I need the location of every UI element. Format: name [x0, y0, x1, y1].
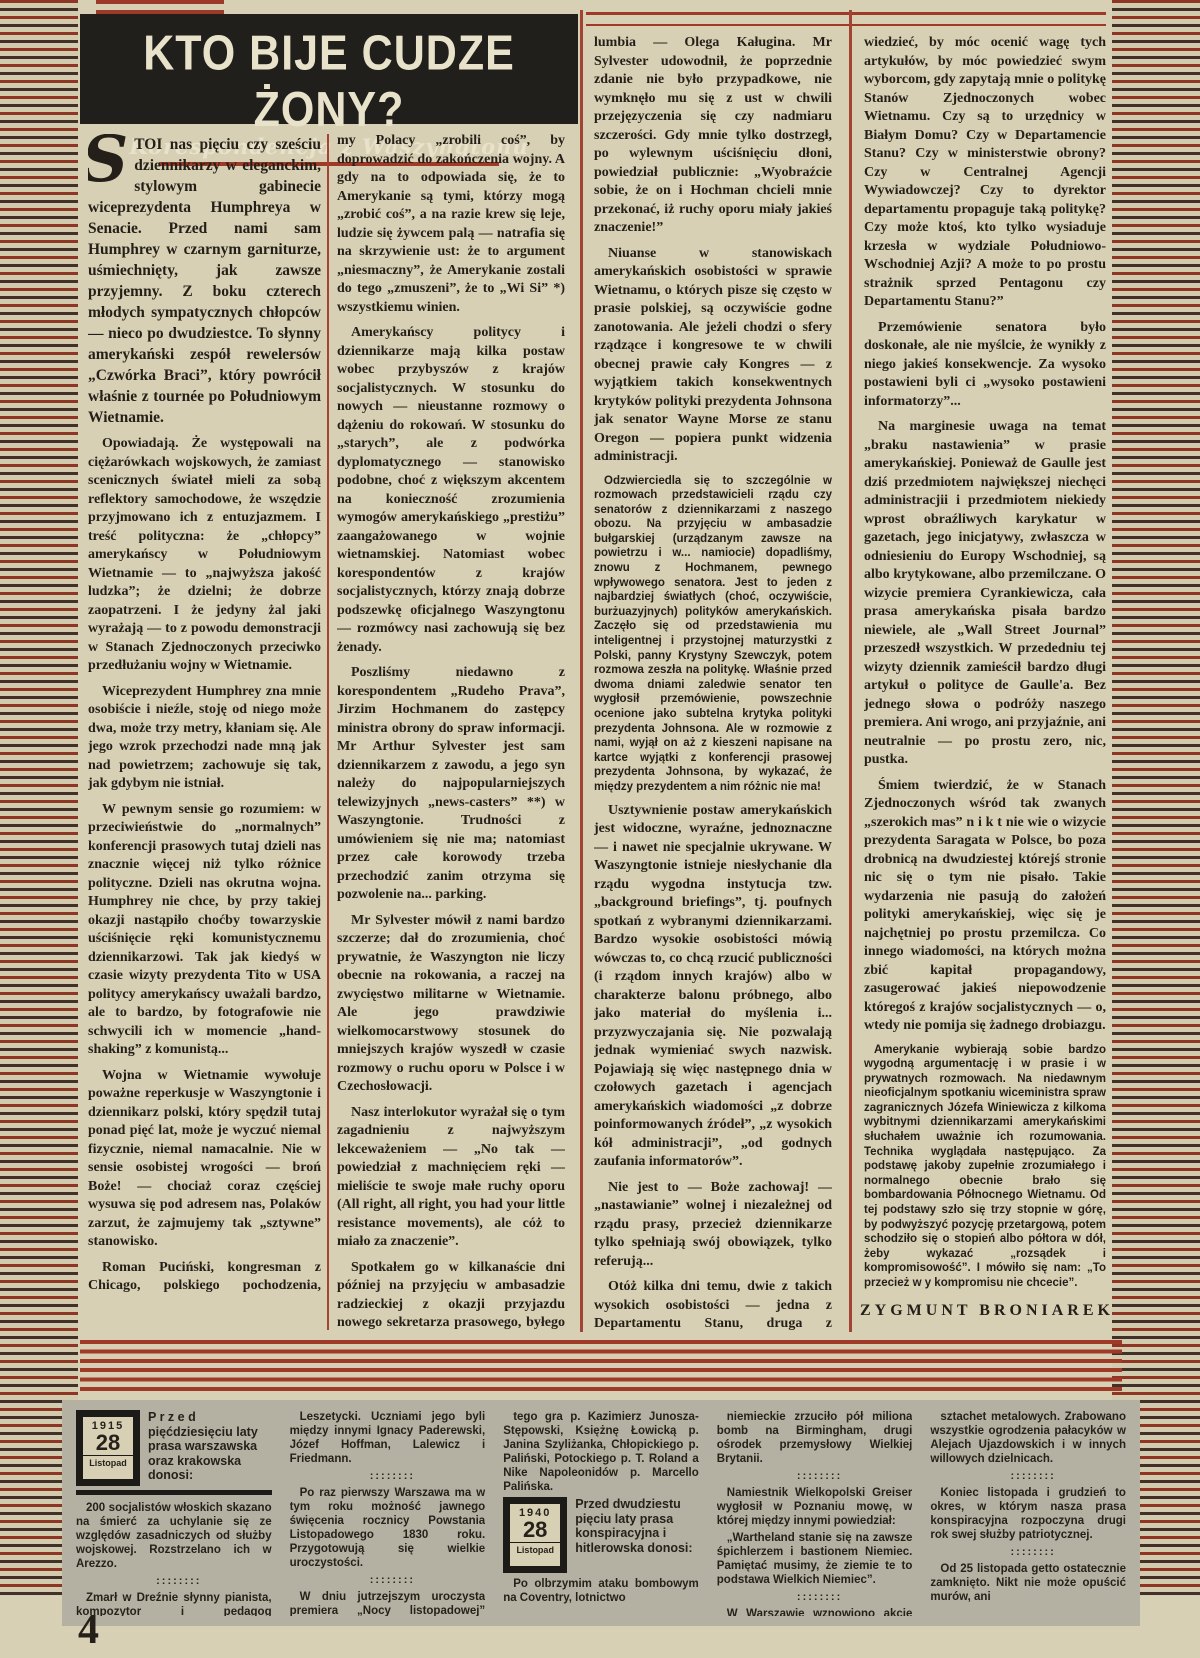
- column-divider: [849, 10, 852, 1332]
- paragraph: Śmiem twierdzić, że w Stanach Zjednoczon…: [864, 777, 1106, 1036]
- paragraph: lumbia — Olega Kaługina. Mr Sylvester ud…: [594, 34, 832, 238]
- item-separator: ::::::::: [290, 1469, 486, 1483]
- paragraph: Otóż kilka dni temu, dwie z takich wysok…: [594, 1278, 832, 1330]
- paragraph: Nasz interlokutor wyrażał się o tym zaga…: [337, 1104, 565, 1252]
- history-column-4: niemieckie zrzuciło pół miliona bomb na …: [717, 1410, 913, 1616]
- paragraph: Nie jest to — Boże zachowaj! — „nastawia…: [594, 1179, 832, 1272]
- calendar-day: 28: [83, 1433, 133, 1453]
- history-column-3: tego gra p. Kazimierz Junosza-Stępowski,…: [503, 1410, 699, 1616]
- item-separator: ::::::::: [717, 1590, 913, 1604]
- history-section: 1915 28 Listopad P r z e d pięćdziesięci…: [62, 1400, 1140, 1626]
- history-column-2: Leszetycki. Uczniami jego byli między in…: [290, 1410, 486, 1616]
- paragraph: Na marginesie uwaga na temat „braku nast…: [864, 418, 1106, 770]
- heading-rule: [76, 1490, 272, 1495]
- history-heading-1915: P r z e d pięćdziesięciu laty prasa wars…: [148, 1410, 272, 1486]
- item-separator: ::::::::: [76, 1574, 272, 1588]
- paragraph: Amerykańscy politycy i dziennikarze mają…: [337, 324, 565, 657]
- author-byline: ZYGMUNT BRONIAREK: [860, 1302, 1122, 1320]
- column-divider: [327, 134, 329, 1330]
- top-red-rule: [586, 12, 1106, 26]
- history-item: Od 25 listopada getto ostatecznie zamkni…: [930, 1562, 1126, 1604]
- history-item: Po olbrzymim ataku bombowym na Coventry,…: [503, 1577, 699, 1605]
- paragraph: Wiceprezydent Humphrey zna mnie osobiści…: [88, 683, 321, 794]
- paragraph: Spotkałem go w kilkanaście dni później n…: [337, 1259, 565, 1333]
- calendar-icon: 1940 28 Listopad: [503, 1497, 567, 1573]
- paragraph: Roman Puciński, kongresman z Chicago, po…: [88, 1259, 321, 1297]
- article-title: KTO BIJE CUDZE ŻONY?: [80, 26, 578, 139]
- history-heading-1940: Przed dwudziestu pięciu laty prasa konsp…: [575, 1497, 699, 1573]
- calendar-block-1915: 1915 28 Listopad P r z e d pięćdziesięci…: [76, 1410, 272, 1486]
- article-column-3: lumbia — Olega Kaługina. Mr Sylvester ud…: [594, 34, 832, 1330]
- history-item: W Warszawie wznowiono akcję zabierania o…: [717, 1607, 913, 1616]
- history-item: Leszetycki. Uczniami jego byli między in…: [290, 1410, 486, 1466]
- calendar-icon: 1915 28 Listopad: [76, 1410, 140, 1486]
- history-item: tego gra p. Kazimierz Junosza-Stępowski,…: [503, 1410, 699, 1494]
- item-separator: ::::::::: [930, 1545, 1126, 1559]
- history-item: Koniec listopada i grudzień to okres, w …: [930, 1486, 1126, 1542]
- history-item: Po raz pierwszy Warszawa ma w tym roku m…: [290, 1486, 486, 1570]
- left-stripe-border: [0, 0, 78, 1596]
- paragraph: wiedzieć, by móc ocenić wagę tych artyku…: [864, 34, 1106, 312]
- paragraph: W pewnym sensie go rozumiem: w przeciwie…: [88, 801, 321, 1060]
- paragraph: Niuanse w stanowiskach amerykańskich oso…: [594, 245, 832, 467]
- paragraph-small: Odzwierciedla się to szczególnie w rozmo…: [594, 474, 832, 795]
- paragraph: Przemówienie senatora było doskonałe, al…: [864, 319, 1106, 412]
- red-stripe-band: [80, 1340, 1122, 1392]
- column-divider: [580, 10, 583, 1332]
- article-header: KTO BIJE CUDZE ŻONY? Korespondencja z Wa…: [80, 14, 578, 124]
- history-item: Namiestnik Wielkopolski Greiser wygłosił…: [717, 1486, 913, 1528]
- history-item: W dniu jutrzejszym uroczysta premiera „N…: [290, 1590, 486, 1616]
- history-item: niemieckie zrzuciło pół miliona bomb na …: [717, 1410, 913, 1466]
- paragraph: Usztywnienie postaw amerykańskich jest w…: [594, 802, 832, 1172]
- item-separator: ::::::::: [930, 1469, 1126, 1483]
- paragraph: my Polacy „zrobili coś”, by doprowadzić …: [337, 132, 565, 317]
- paragraph: Poszliśmy niedawno z korespondentem „Rud…: [337, 664, 565, 905]
- history-item: „Wartheland stanie się na zawsze śpichle…: [717, 1531, 913, 1587]
- paragraph: Opowiadają. Że występowali na ciężarówka…: [88, 435, 321, 676]
- calendar-day: 28: [510, 1520, 560, 1540]
- page-number: 4: [78, 1606, 99, 1654]
- history-column-1: 1915 28 Listopad P r z e d pięćdziesięci…: [76, 1410, 272, 1616]
- dropcap: S: [88, 136, 128, 184]
- lead-paragraph: STOI nas pięciu czy sześciu dziennikarzy…: [88, 134, 321, 428]
- paragraph-small: Amerykanie wybierają sobie bardzo wygodn…: [864, 1043, 1106, 1291]
- calendar-month: Listopad: [83, 1455, 133, 1470]
- article-column-4: wiedzieć, by móc ocenić wagę tych artyku…: [864, 34, 1106, 1294]
- article-column-1: STOI nas pięciu czy sześciu dziennikarzy…: [88, 134, 321, 1296]
- item-separator: ::::::::: [717, 1469, 913, 1483]
- item-separator: ::::::::: [290, 1573, 486, 1587]
- history-item: sztachet metalowych. Zrabowano wszystkie…: [930, 1410, 1126, 1466]
- newspaper-page: KTO BIJE CUDZE ŻONY? Korespondencja z Wa…: [0, 0, 1200, 1658]
- paragraph: Mr Sylvester mówił z nami bardzo szczerz…: [337, 912, 565, 1097]
- history-item: 200 socjalistów włoskich skazano na śmie…: [76, 1501, 272, 1571]
- calendar-month: Listopad: [510, 1542, 560, 1557]
- paragraph: Wojna w Wietnamie wywołuje poważne reper…: [88, 1067, 321, 1252]
- article-column-2: my Polacy „zrobili coś”, by doprowadzić …: [337, 132, 565, 1332]
- history-item: Zmarł w Dreźnie słynny pianista, kompozy…: [76, 1591, 272, 1616]
- calendar-block-1940: 1940 28 Listopad Przed dwudziestu pięciu…: [503, 1497, 699, 1573]
- history-column-5: sztachet metalowych. Zrabowano wszystkie…: [930, 1410, 1126, 1616]
- right-stripe-border: [1112, 0, 1200, 1596]
